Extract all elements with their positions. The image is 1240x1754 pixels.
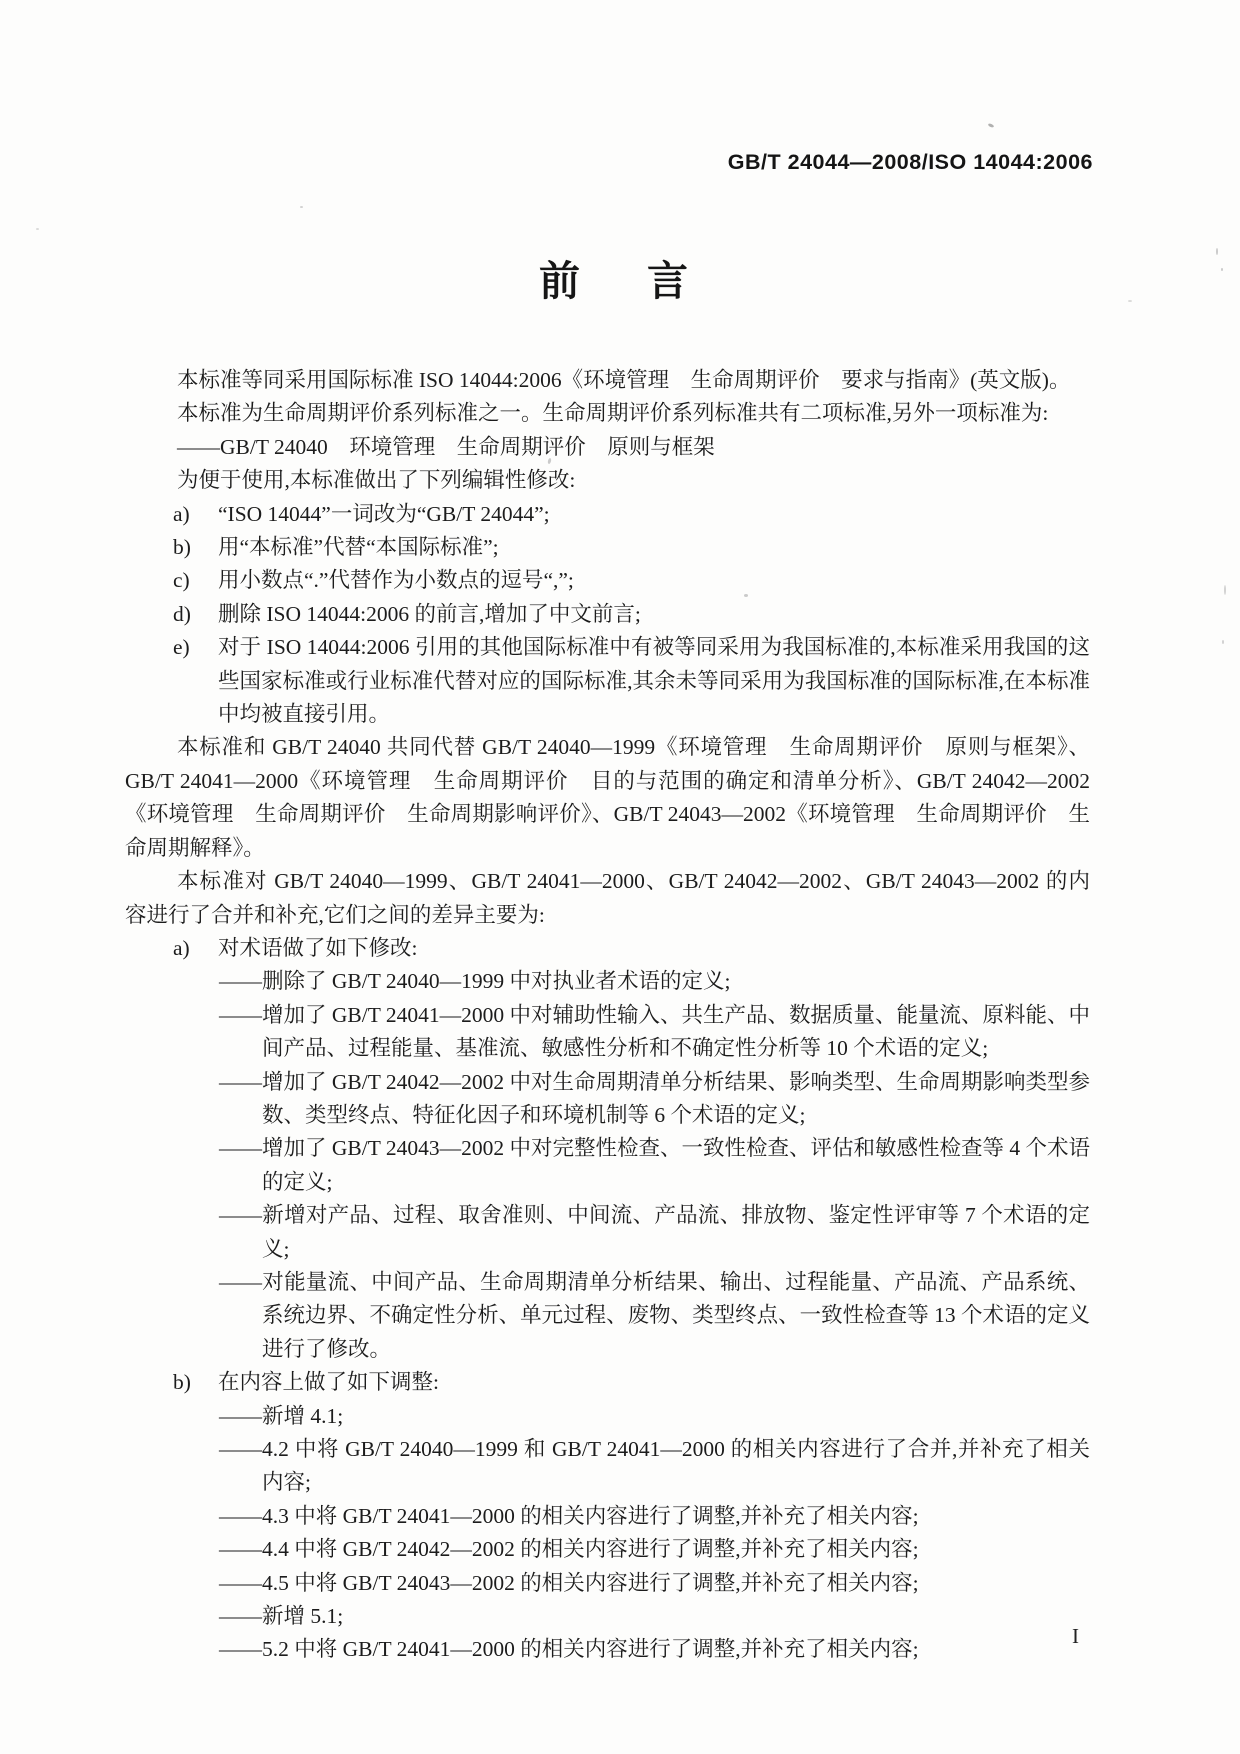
paragraph: 本标准和 GB/T 24040 共同代替 GB/T 24040—1999《环境管… [125,731,1090,865]
list-item-label: b) [173,531,218,564]
list-item: a) “ISO 14044”一词改为“GB/T 24044”; [173,498,1090,531]
list-item-text: “ISO 14044”一词改为“GB/T 24044”; [218,498,1090,531]
scan-artifact [1216,248,1218,255]
list-item-text: 用“本标准”代替“本国际标准”; [218,531,1090,564]
sub-dash-item: ——4.2 中将 GB/T 24040—1999 和 GB/T 24041—20… [125,1433,1090,1500]
list-item-text: 用小数点“.”代替作为小数点的逗号“,”; [218,564,1090,597]
list-item-label: e) [173,631,218,731]
list-item-label: a) [173,498,218,531]
sub-dash-item: ——增加了 GB/T 24042—2002 中对生命周期清单分析结果、影响类型、… [125,1066,1090,1133]
paragraph: 本标准等同采用国际标准 ISO 14044:2006《环境管理 生命周期评价 要… [125,364,1090,397]
foreword-content: 本标准等同采用国际标准 ISO 14044:2006《环境管理 生命周期评价 要… [125,364,1090,1667]
list-item-text: 对术语做了如下修改: [218,932,1090,965]
scan-artifact [1224,585,1226,595]
list-item-text: 删除 ISO 14044:2006 的前言,增加了中文前言; [218,598,1090,631]
sub-dash-item: ——对能量流、中间产品、生命周期清单分析结果、输出、过程能量、产品流、产品系统、… [125,1266,1090,1366]
list-item-text: 对于 ISO 14044:2006 引用的其他国际标准中有被等同采用为我国标准的… [218,631,1090,731]
standard-code-header: GB/T 24044—2008/ISO 14044:2006 [728,150,1093,175]
scan-artifact [36,228,39,230]
scan-artifact [1128,300,1132,302]
sub-dash-item: ——新增 5.1; [125,1600,1090,1633]
list-item: d) 删除 ISO 14044:2006 的前言,增加了中文前言; [173,598,1090,631]
list-item-text: 在内容上做了如下调整: [218,1366,1090,1399]
scan-artifact [988,123,995,128]
page-title: 前 言 [0,248,1240,307]
list-item-label: d) [173,598,218,631]
list-item-label: a) [173,932,218,965]
list-item: a) 对术语做了如下修改: [173,932,1090,965]
dash-item: ——GB/T 24040 环境管理 生命周期评价 原则与框架 [125,431,1090,464]
paragraph: 为便于使用,本标准做出了下列编辑性修改: [125,464,1090,497]
sub-dash-item: ——新增对产品、过程、取舍准则、中间流、产品流、排放物、鉴定性评审等 7 个术语… [125,1199,1090,1266]
paragraph: 本标准对 GB/T 24040—1999、GB/T 24041—2000、GB/… [125,865,1090,932]
list-item: c) 用小数点“.”代替作为小数点的逗号“,”; [173,564,1090,597]
sub-dash-item: ——新增 4.1; [125,1400,1090,1433]
sub-dash-item: ——4.4 中将 GB/T 24042—2002 的相关内容进行了调整,并补充了… [125,1533,1090,1566]
sub-dash-item: ——增加了 GB/T 24041—2000 中对辅助性输入、共生产品、数据质量、… [125,999,1090,1066]
document-page: GB/T 24044—2008/ISO 14044:2006 前 言 本标准等同… [0,0,1240,1754]
scan-artifact [744,594,748,597]
list-item: e) 对于 ISO 14044:2006 引用的其他国际标准中有被等同采用为我国… [173,631,1090,731]
scan-artifact [1222,640,1224,644]
scan-artifact [1221,268,1223,271]
scan-artifact [300,206,303,208]
list-item-label: b) [173,1366,218,1399]
sub-dash-item: ——4.5 中将 GB/T 24043—2002 的相关内容进行了调整,并补充了… [125,1567,1090,1600]
page-number: I [1072,1624,1079,1649]
list-item-label: c) [173,564,218,597]
sub-dash-item: ——增加了 GB/T 24043—2002 中对完整性检查、一致性检查、评估和敏… [125,1132,1090,1199]
sub-dash-item: ——4.3 中将 GB/T 24041—2000 的相关内容进行了调整,并补充了… [125,1500,1090,1533]
list-item: b) 用“本标准”代替“本国际标准”; [173,531,1090,564]
paragraph: 本标准为生命周期评价系列标准之一。生命周期评价系列标准共有二项标准,另外一项标准… [125,397,1090,430]
sub-dash-item: ——删除了 GB/T 24040—1999 中对执业者术语的定义; [125,965,1090,998]
sub-dash-item: ——5.2 中将 GB/T 24041—2000 的相关内容进行了调整,并补充了… [125,1633,1090,1666]
list-item: b) 在内容上做了如下调整: [173,1366,1090,1399]
